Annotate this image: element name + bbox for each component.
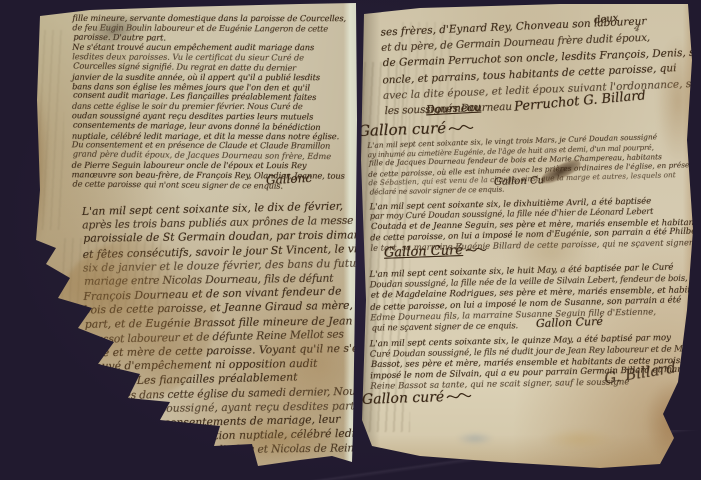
signature-gallon-cure: Gallon Curé (384, 242, 487, 261)
manuscript-line: de Pierre Seguin laboureur oncle de l'ép… (72, 161, 360, 171)
left-page: fille mineure, servante domestique dans … (28, 2, 360, 472)
paraph-flourish-icon (446, 391, 472, 402)
bleedthrough-text-left-margin (30, 30, 64, 230)
signature-text: Gallon Curé (384, 243, 463, 261)
baptism-record-may8-text: L'an mil sept cent soixante six, le huit… (369, 263, 692, 336)
signature-gallon-cure: Gallon Cu (494, 175, 544, 188)
stain-blue (456, 432, 494, 445)
manuscript-line: dans cette église le soir du premier fév… (72, 102, 360, 112)
signature-gallon-cure: Gallon curé (362, 388, 473, 408)
paraph-flourish-icon (448, 123, 474, 134)
burial-record-text: L'an mil sept cent soixante six, le ving… (367, 132, 694, 198)
marriage-record-continuation-text: fille mineure, servante domestique dans … (72, 13, 360, 191)
manuscript-line: mariage en la messe, dudit Coq et Nicola… (87, 442, 360, 460)
stain (28, 80, 50, 250)
manuscript-line: janvier de la susdite année, où il apper… (72, 73, 360, 83)
stain-yellow (542, 428, 616, 450)
signature-text: Gallon curé (362, 389, 445, 408)
signature-gallon-cure: Gallonc (266, 171, 313, 187)
marriage-record-1766-text: L'an mil sept cent soixante six, le dix … (82, 200, 360, 461)
paraph-flourish-icon (465, 245, 487, 255)
signature-gallon-cure: Gallon Curé (536, 315, 603, 330)
right-page: deux 4 ses frères, d'Eynard Rey, Chonvea… (356, 2, 700, 472)
signature-text: Gallon curé (358, 119, 447, 140)
signature-gallon-cure: Gallon curé (358, 118, 475, 140)
